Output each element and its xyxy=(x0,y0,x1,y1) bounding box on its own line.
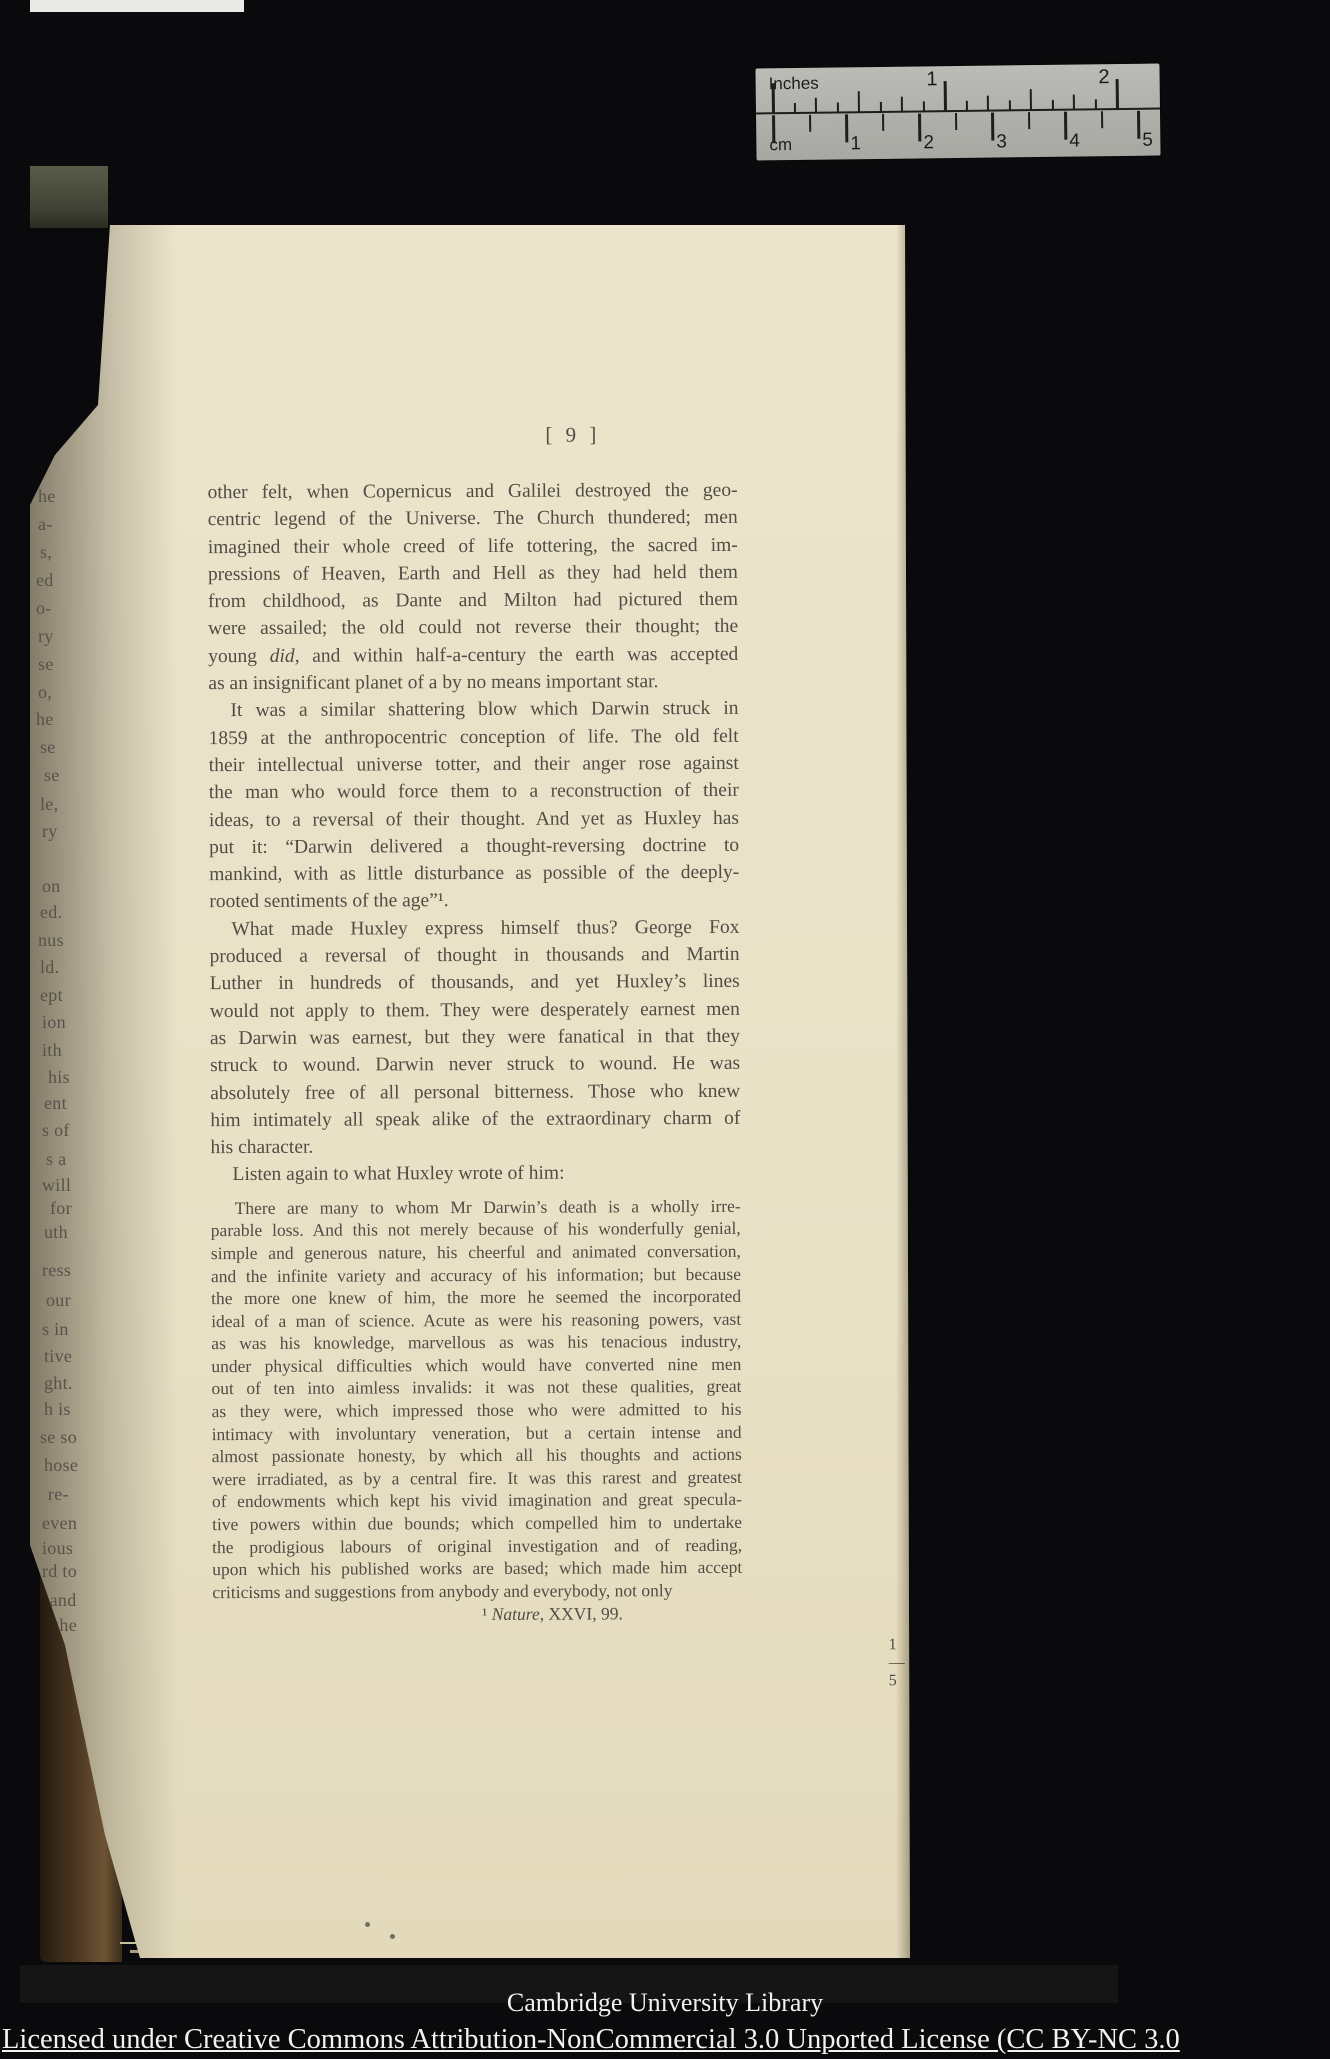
margin-text-fragment: a- xyxy=(38,515,53,533)
printer-signature: 1—5 xyxy=(889,1636,906,1690)
margin-text-fragment: se xyxy=(44,766,60,784)
text-line: 1859 at the anthropocentric conception o… xyxy=(209,723,739,753)
margin-text-fragment: hose xyxy=(44,1456,78,1474)
text-line: centric legend of the Universe. The Chur… xyxy=(208,504,738,534)
inch-number: 1 xyxy=(919,68,937,91)
scan-artifact-strip xyxy=(30,0,244,12)
inch-tick xyxy=(772,83,775,113)
margin-text-fragment: se xyxy=(40,738,56,756)
cm-number: 2 xyxy=(923,132,934,154)
text-line: would not apply to them. They were despe… xyxy=(210,995,740,1025)
margin-text-fragment: se so xyxy=(40,1428,77,1446)
cm-tick xyxy=(882,114,884,131)
margin-text-fragment: o, xyxy=(38,683,52,701)
paragraph: There are many to whom Mr Darwin’s death… xyxy=(211,1195,743,1604)
margin-text-fragment: ious xyxy=(42,1539,73,1557)
margin-text-fragment: will xyxy=(42,1176,71,1194)
margin-text-fragment: rd to xyxy=(42,1562,77,1580)
text-line: Luther in hundreds of thousands, and yet… xyxy=(210,968,740,998)
ruler-marks: 1212345 xyxy=(755,64,1159,69)
margin-text-fragment: his xyxy=(48,1068,70,1086)
text-line: put it: “Darwin delivered a thought-reve… xyxy=(209,832,739,862)
margin-text-fragment: ion xyxy=(42,1013,66,1031)
text-line: the more one knew of him, the more he se… xyxy=(211,1285,741,1310)
page-number: [ 9 ] xyxy=(545,422,600,447)
cm-number: 1 xyxy=(850,133,861,155)
text-line: out of ten into aimless invalids: it was… xyxy=(211,1375,741,1400)
margin-text-fragment: re- xyxy=(48,1485,69,1503)
margin-text-fragment: ry xyxy=(38,627,54,645)
paragraph: Listen again to what Huxley wrote of him… xyxy=(210,1159,740,1189)
cm-tick xyxy=(772,115,775,143)
inch-tick xyxy=(944,81,947,111)
text-line: ideas, to a reversal of their thought. A… xyxy=(209,804,739,834)
scanned-book-page: { "ruler": { "inches_label": "Inches", "… xyxy=(0,0,1330,2059)
text-line: their intellectual universe totter, and … xyxy=(209,750,739,780)
inch-tick xyxy=(1116,79,1119,109)
library-attribution: Cambridge University Library xyxy=(0,1988,1330,2018)
inch-tick xyxy=(965,101,967,111)
cm-number: 5 xyxy=(1142,130,1153,152)
cm-tick xyxy=(1137,111,1140,139)
margin-text-fragment: tive xyxy=(44,1347,72,1365)
cm-number: 4 xyxy=(1069,131,1080,153)
inch-tick xyxy=(1094,99,1096,109)
inch-tick xyxy=(1051,100,1053,110)
text-line: of endowments which kept his vivid imagi… xyxy=(212,1488,742,1513)
margin-text-fragment: ry xyxy=(42,822,58,840)
text-line: absolutely free of all personal bitterne… xyxy=(210,1077,740,1107)
cm-tick xyxy=(1101,111,1103,128)
inch-tick xyxy=(793,103,795,113)
text-line: as was his knowledge, marvellous as was … xyxy=(211,1330,741,1355)
ink-speck xyxy=(365,1922,370,1927)
text-line: were irradiated, as by a central fire. I… xyxy=(212,1466,742,1491)
inch-tick xyxy=(815,98,817,113)
margin-text-fragment: nus xyxy=(38,931,64,949)
text-line: There are many to whom Mr Darwin’s death… xyxy=(211,1195,741,1220)
text-line: almost passionate honesty, by which all … xyxy=(212,1443,742,1468)
text-line: rooted sentiments of the age”¹. xyxy=(209,886,739,916)
margin-text-fragment: our xyxy=(46,1291,71,1309)
text-line: produced a reversal of thought in thousa… xyxy=(210,941,740,971)
cm-tick xyxy=(1028,112,1030,129)
text-line: the prodigious labours of original inves… xyxy=(212,1533,742,1558)
inch-tick xyxy=(987,96,989,111)
inch-number: 2 xyxy=(1091,66,1109,89)
margin-text-fragment: uth xyxy=(44,1223,68,1241)
text-line: under physical difficulties which would … xyxy=(211,1353,741,1378)
cm-tick xyxy=(1064,112,1067,140)
text-line: his character. xyxy=(210,1132,740,1162)
margin-text-fragment: le, xyxy=(40,795,58,813)
text-line: other felt, when Copernicus and Galilei … xyxy=(207,477,737,507)
text-line: criticisms and suggestions from anybody … xyxy=(212,1579,742,1604)
text-line: were assailed; the old could not reverse… xyxy=(208,613,738,643)
text-line: as Darwin was earnest, but they were fan… xyxy=(210,1023,740,1053)
book-cover-edge xyxy=(30,166,108,228)
measurement-ruler: Inches cm 1212345 xyxy=(755,64,1160,161)
ink-speck xyxy=(390,1934,395,1939)
text-line: as they were, which impressed those who … xyxy=(212,1398,742,1423)
margin-text-fragment: on xyxy=(42,877,61,895)
text-line: struck to wound. Darwin never struck to … xyxy=(210,1050,740,1080)
margin-text-fragment: ept xyxy=(40,986,63,1004)
margin-text-fragment: ed xyxy=(36,571,54,589)
cm-tick xyxy=(918,113,921,141)
inch-tick xyxy=(1030,89,1032,110)
cm-tick xyxy=(809,115,811,132)
inch-tick xyxy=(879,102,881,112)
margin-text-fragment: s, xyxy=(40,543,52,561)
inch-tick xyxy=(858,91,860,112)
margin-text-fragment: s a xyxy=(46,1150,66,1168)
margin-text-fragment: h is xyxy=(44,1400,71,1418)
text-line: pressions of Heaven, Earth and Hell as t… xyxy=(208,559,738,589)
text-line: What made Huxley express himself thus? G… xyxy=(209,914,739,944)
margin-text-fragment: ed. xyxy=(40,903,62,921)
text-line: simple and generous nature, his cheerful… xyxy=(211,1240,741,1265)
margin-text-fragment: ld. xyxy=(40,958,59,976)
text-line: mankind, with as little disturbance as p… xyxy=(209,859,739,889)
margin-text-fragment: ght. xyxy=(44,1374,73,1392)
margin-text-fragment: se xyxy=(38,655,54,673)
ruler-inches-label: Inches xyxy=(769,74,819,95)
paragraph: other felt, when Copernicus and Galilei … xyxy=(207,477,738,698)
paragraph: It was a similar shattering blow which D… xyxy=(208,695,739,916)
text-line: intimacy with involuntary veneration, bu… xyxy=(212,1420,742,1445)
book-page: hea-s,edo-ryseo,hesesele,ryoned.nusld.ep… xyxy=(28,225,910,1958)
margin-text-fragment: o- xyxy=(36,599,52,617)
license-link[interactable]: Licensed under Creative Commons Attribut… xyxy=(2,2024,1330,2056)
margin-text-fragment: even xyxy=(42,1514,77,1532)
text-line: Listen again to what Huxley wrote of him… xyxy=(210,1159,740,1189)
margin-text-fragment: ress xyxy=(42,1261,71,1279)
margin-text-fragment: for xyxy=(50,1199,72,1217)
paragraph: What made Huxley express himself thus? G… xyxy=(209,914,740,1162)
text-line: tive powers within due bounds; which com… xyxy=(212,1511,742,1536)
text-line: him intimately all speak alike of the ex… xyxy=(210,1105,740,1135)
page-content: [ 9 ] other felt, when Copernicus and Ga… xyxy=(207,477,742,1627)
text-line: ideal of a man of science. Acute as were… xyxy=(211,1308,741,1333)
text-line: young did, and within half-a-century the… xyxy=(208,641,738,671)
text-line: upon which his published works are based… xyxy=(212,1556,742,1581)
inch-tick xyxy=(836,102,838,112)
margin-text-fragment: s in xyxy=(42,1320,69,1338)
margin-text-fragment: ith xyxy=(42,1041,62,1059)
quote-block: There are many to whom Mr Darwin’s death… xyxy=(211,1195,743,1604)
inch-tick xyxy=(922,101,924,111)
margin-text-fragment: ent xyxy=(44,1094,67,1112)
text-line: the man who would force them to a recons… xyxy=(209,777,739,807)
inch-tick xyxy=(1008,100,1010,110)
cm-tick xyxy=(955,113,957,130)
cm-tick xyxy=(845,114,848,142)
margin-text-fragment: he xyxy=(38,487,56,505)
text-line: imagined their whole creed of life totte… xyxy=(208,531,738,561)
inch-tick xyxy=(1073,95,1075,110)
text-line: from childhood, as Dante and Milton had … xyxy=(208,586,738,616)
text-line: as an insignificant planet of a by no me… xyxy=(208,668,738,698)
cm-tick xyxy=(991,113,994,141)
text-line: and the infinite variety and accuracy of… xyxy=(211,1262,741,1287)
footnote: ¹ Nature, XXVI, 99. xyxy=(212,1603,742,1626)
inch-tick xyxy=(901,97,903,112)
text-line: parable loss. And this not merely becaus… xyxy=(211,1217,741,1242)
margin-text-fragment: he xyxy=(36,710,54,728)
text-line: It was a similar shattering blow which D… xyxy=(208,695,738,725)
main-text-block: other felt, when Copernicus and Galilei … xyxy=(207,477,740,1189)
cm-number: 3 xyxy=(996,131,1007,153)
margin-text-fragment: s of xyxy=(42,1121,70,1139)
